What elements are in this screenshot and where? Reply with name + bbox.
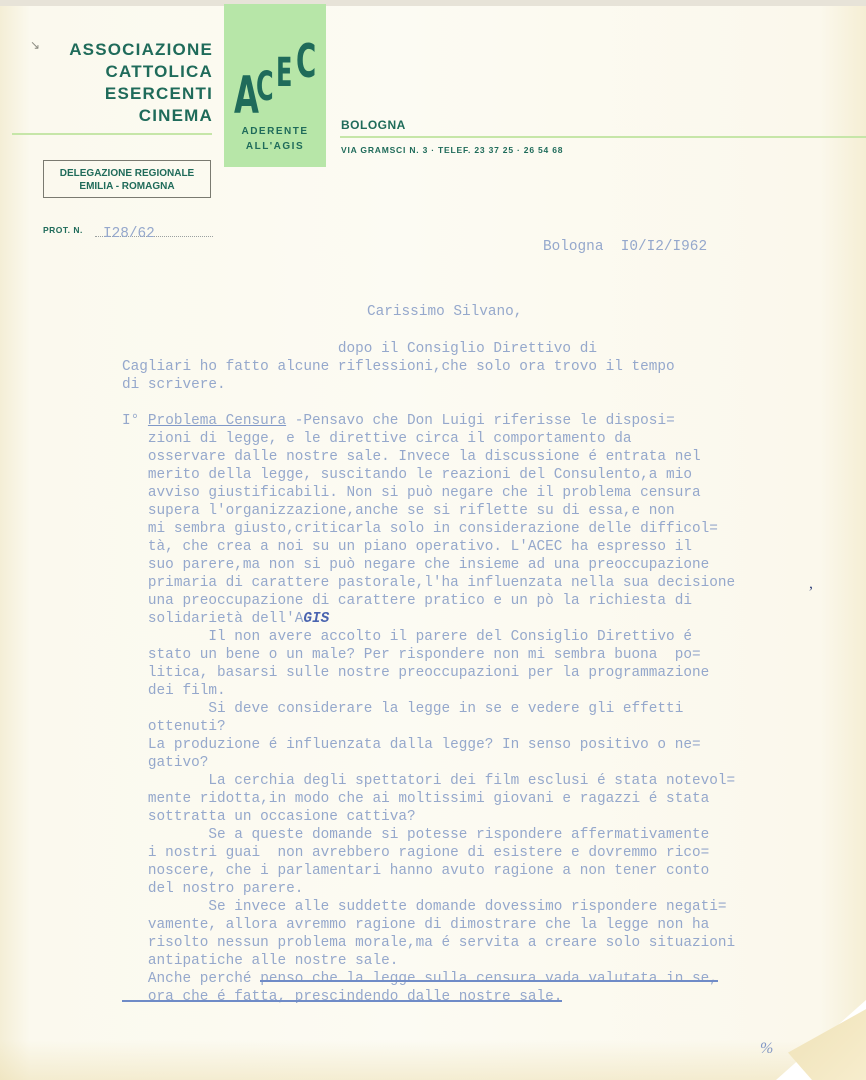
letter-line: Se a queste domande si potesse risponder… — [122, 826, 735, 844]
letter-line: suo parere,ma non si può negare che insi… — [122, 556, 735, 574]
line-text: dopo il Consiglio Direttivo di — [122, 341, 597, 357]
letter-body: dopo il Consiglio Direttivo diCagliari h… — [122, 340, 735, 1006]
org-name-line: CINEMA — [40, 105, 213, 127]
letter-line: Il non avere accolto il parere del Consi… — [122, 628, 735, 646]
letter-line: Se invece alle suddette domande dovessim… — [122, 898, 735, 916]
organization-name: ASSOCIAZIONE CATTOLICA ESERCENTI CINEMA — [40, 39, 213, 127]
logo-subtitle-line: ALL'AGIS — [224, 141, 326, 152]
line-text: del nostro parere. — [122, 881, 303, 897]
line-text: solidarietà dell'A — [122, 611, 303, 627]
protocol-number: I28/62 — [103, 226, 155, 242]
letter-salutation: Carissimo Silvano, — [367, 304, 522, 320]
line-text: i nostri guai non avrebbero ragione di e… — [122, 845, 709, 861]
line-text: di scrivere. — [122, 377, 226, 393]
letter-line: sottratta un occasione cattiva? — [122, 808, 735, 826]
acec-logo: A C E C — [232, 36, 322, 116]
delegation-line: DELEGAZIONE REGIONALE — [44, 167, 210, 180]
line-text: vamente, allora avremmo ragione di dimos… — [122, 917, 709, 933]
letter-date: Bologna I0/I2/I962 — [543, 239, 707, 255]
org-name-line: CATTOLICA — [40, 61, 213, 83]
paper-top-edge — [0, 0, 866, 6]
letter-line: risolto nessun problema morale,ma é serv… — [122, 934, 735, 952]
letter-line — [122, 394, 735, 412]
paper-bottom-shading — [0, 1040, 866, 1080]
line-text: risolto nessun problema morale,ma é serv… — [122, 935, 735, 951]
line-text: Si deve considerare la legge in se e ved… — [122, 701, 683, 717]
letter-line: Si deve considerare la legge in se e ved… — [122, 700, 735, 718]
letter-line: del nostro parere. — [122, 880, 735, 898]
line-text: merito della legge, suscitando le reazio… — [122, 467, 692, 483]
line-text: noscere, che i parlamentari hanno avuto … — [122, 863, 709, 879]
line-text: primaria di carattere pastorale,l'ha inf… — [122, 575, 735, 591]
letter-line-struck: ora che é fatta, prescindendo dalle nost… — [122, 988, 735, 1006]
line-text: Cagliari ho fatto alcune riflessioni,che… — [122, 359, 675, 375]
logo-letter: E — [276, 50, 292, 96]
letter-line: La cerchia degli spettatori dei film esc… — [122, 772, 735, 790]
letter-line: stato un bene o un male? Per rispondere … — [122, 646, 735, 664]
letter-line: ottenuti? — [122, 718, 735, 736]
line-text: litica, basarsi sulle nostre preoccupazi… — [122, 665, 709, 681]
line-text: mi sembra giusto,criticarla solo in cons… — [122, 521, 718, 537]
letterhead-rule-left — [12, 133, 212, 135]
logo-letter: C — [256, 64, 274, 110]
logo-subtitle-line: ADERENTE — [224, 126, 326, 137]
line-text: Se invece alle suddette domande dovessim… — [122, 899, 727, 915]
letter-line: dopo il Consiglio Direttivo di — [122, 340, 735, 358]
logo-letter: C — [296, 34, 316, 88]
line-text: ottenuti? — [122, 719, 226, 735]
delegation-line: EMILIA - ROMAGNA — [44, 180, 210, 193]
letter-line: mente ridotta,in modo che ai moltissimi … — [122, 790, 735, 808]
letter-line: mi sembra giusto,criticarla solo in cons… — [122, 520, 735, 538]
handwritten-insert: GIS — [303, 611, 329, 627]
letter-line: Cagliari ho fatto alcune riflessioni,che… — [122, 358, 735, 376]
letter-line: antipatiche alle nostre sale. — [122, 952, 735, 970]
letter-line: vamente, allora avremmo ragione di dimos… — [122, 916, 735, 934]
letter-line: tà, che crea a noi su un piano operativo… — [122, 538, 735, 556]
line-text: supera l'organizzazione,anche se si rifl… — [122, 503, 675, 519]
acec-logo-box: A C E C ADERENTE ALL'AGIS — [224, 4, 326, 167]
delegation-stamp: DELEGAZIONE REGIONALE EMILIA - ROMAGNA — [43, 160, 211, 198]
line-text: Se a queste domande si potesse risponder… — [122, 827, 709, 843]
line-text: stato un bene o un male? Per rispondere … — [122, 647, 701, 663]
letter-line: osservare dalle nostre sale. Invece la d… — [122, 448, 735, 466]
line-text: sottratta un occasione cattiva? — [122, 809, 416, 825]
handwritten-comma: , — [809, 575, 813, 593]
line-text: La cerchia degli spettatori dei film esc… — [122, 773, 735, 789]
letter-line: zioni di legge, e le direttive circa il … — [122, 430, 735, 448]
letter-line: I° Problema Censura -Pensavo che Don Lui… — [122, 412, 735, 430]
letter-line: La produzione é influenzata dalla legge?… — [122, 736, 735, 754]
letter-line-struck: Anche perché penso che la legge sulla ce… — [122, 970, 735, 988]
letter-line: merito della legge, suscitando le reazio… — [122, 466, 735, 484]
line-text: dei film. — [122, 683, 226, 699]
struck-text: ora che é fatta, prescindendo dalle nost… — [122, 989, 562, 1005]
letter-line: supera l'organizzazione,anche se si rifl… — [122, 502, 735, 520]
line-text: mente ridotta,in modo che ai moltissimi … — [122, 791, 709, 807]
letterhead-address: VIA GRAMSCI N. 3 · TELEF. 23 37 25 · 26 … — [341, 145, 563, 155]
line-text: avviso giustificabili. Non si può negare… — [122, 485, 701, 501]
line-text: La produzione é influenzata dalla legge?… — [122, 737, 701, 753]
letter-line: primaria di carattere pastorale,l'ha inf… — [122, 574, 735, 592]
line-text: antipatiche alle nostre sale. — [122, 953, 398, 969]
letter-line: una preoccupazione di carattere pratico … — [122, 592, 735, 610]
letter-line: dei film. — [122, 682, 735, 700]
letter-line: di scrivere. — [122, 376, 735, 394]
letterhead-city: BOLOGNA — [341, 118, 406, 132]
letter-line: i nostri guai non avrebbero ragione di e… — [122, 844, 735, 862]
letter-line: gativo? — [122, 754, 735, 772]
line-text: suo parere,ma non si può negare che insi… — [122, 557, 709, 573]
letter-line: solidarietà dell'AGIS — [122, 610, 735, 628]
protocol-label: PROT. N. — [43, 225, 83, 235]
line-text: Il non avere accolto il parere del Consi… — [122, 629, 692, 645]
line-text: zioni di legge, e le direttive circa il … — [122, 431, 632, 447]
line-text: -Pensavo che Don Luigi riferisse le disp… — [286, 413, 675, 429]
letter-line: avviso giustificabili. Non si può negare… — [122, 484, 735, 502]
line-text: I° — [122, 413, 148, 429]
line-text: osservare dalle nostre sale. Invece la d… — [122, 449, 701, 465]
line-text: Anche perché — [122, 971, 260, 987]
underlined-heading: Problema Censura — [148, 413, 286, 429]
struck-text: penso che la legge sulla censura vada va… — [260, 971, 718, 987]
line-text: tà, che crea a noi su un piano operativo… — [122, 539, 692, 555]
letter-page: ↘ ASSOCIAZIONE CATTOLICA ESERCENTI CINEM… — [0, 0, 866, 1080]
letter-line: litica, basarsi sulle nostre preoccupazi… — [122, 664, 735, 682]
line-text: una preoccupazione di carattere pratico … — [122, 593, 692, 609]
org-name-line: ASSOCIAZIONE — [40, 39, 213, 61]
org-name-line: ESERCENTI — [40, 83, 213, 105]
line-text: gativo? — [122, 755, 208, 771]
letter-line: noscere, che i parlamentari hanno avuto … — [122, 862, 735, 880]
letterhead-rule-right — [340, 136, 866, 138]
